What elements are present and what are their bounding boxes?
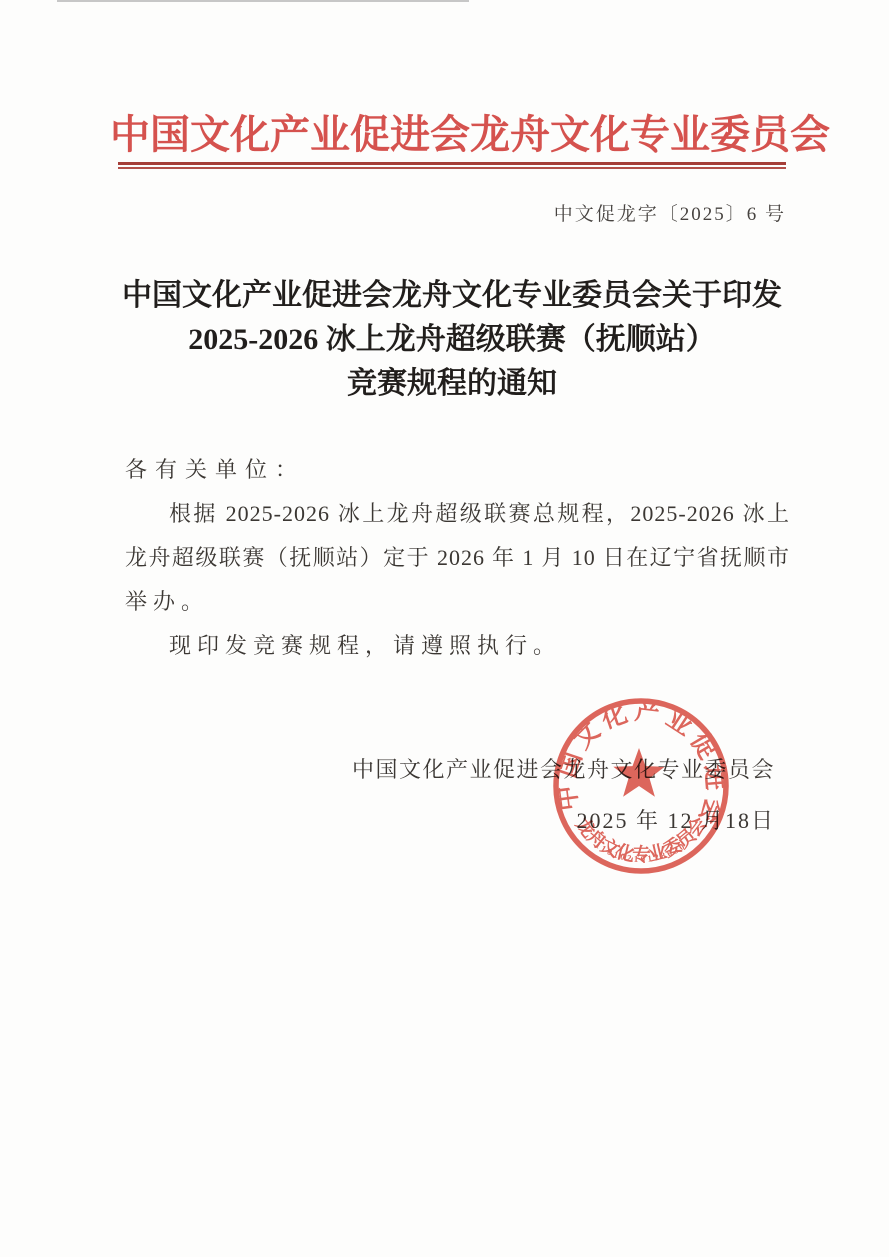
divider-line-bottom xyxy=(118,167,786,169)
body-paragraph1-line1: 根据 2025-2026 冰上龙舟超级联赛总规程，2025-2026 冰上 xyxy=(125,492,790,536)
seal-graphic: 中国文化产业促进会 龙舟文化专业委员会 11010210128030 xyxy=(546,691,736,881)
document-title: 中国文化产业促进会龙舟文化专业委员会关于印发 2025-2026 冰上龙舟超级联… xyxy=(102,274,802,406)
body-paragraph2: 现印发竞赛规程，请遵照执行。 xyxy=(125,624,790,668)
scan-artifact-line xyxy=(57,0,469,2)
document-number: 中文促龙字〔2025〕6 号 xyxy=(400,199,786,226)
body-paragraph1-line2: 龙舟超级联赛（抚顺站）定于 2026 年 1 月 10 日在辽宁省抚顺市 xyxy=(125,536,790,580)
star-icon xyxy=(613,748,664,797)
body-paragraph1-line3: 举办。 xyxy=(125,580,790,624)
title-line-3: 竞赛规程的通知 xyxy=(102,362,802,406)
document-body: 各有关单位： 根据 2025-2026 冰上龙舟超级联赛总规程，2025-202… xyxy=(125,448,790,668)
title-line-1: 中国文化产业促进会龙舟文化专业委员会关于印发 xyxy=(102,274,802,318)
official-seal: 中国文化产业促进会 龙舟文化专业委员会 11010210128030 xyxy=(546,691,736,881)
letterhead-divider xyxy=(118,162,786,169)
letterhead-org-name: 中国文化产业促进会龙舟文化专业委员会 xyxy=(110,103,794,160)
divider-line-top xyxy=(118,162,786,165)
document-page: 中国文化产业促进会龙舟文化专业委员会 中文促龙字〔2025〕6 号 中国文化产业… xyxy=(0,0,889,1257)
salutation: 各有关单位： xyxy=(125,448,790,492)
title-line-2: 2025-2026 冰上龙舟超级联赛（抚顺站） xyxy=(102,318,802,362)
